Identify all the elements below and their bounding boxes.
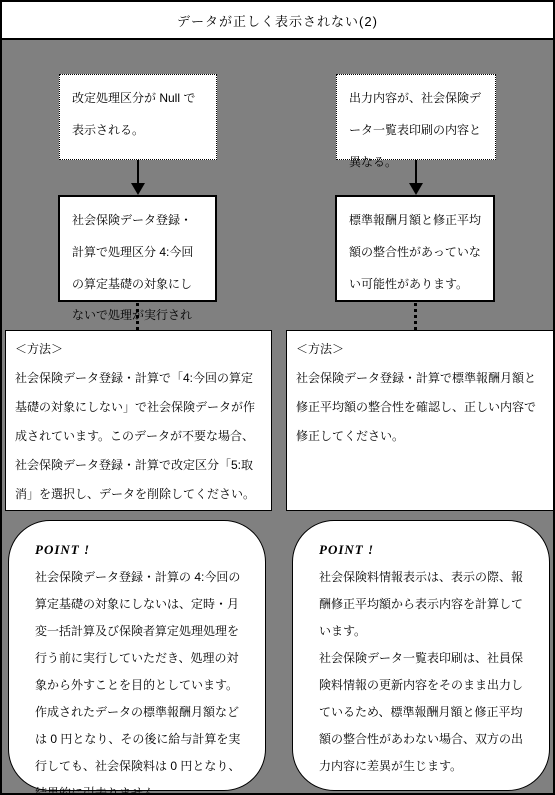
point-body-right: 社会保険料情報表示は、表示の際、報酬修正平均額から表示内容を計算しています。 社… (319, 570, 523, 773)
method-body-right: 社会保険データ登録・計算で標準報酬月額と修正平均額の整合性を確認し、正しい内容で… (296, 371, 536, 443)
point-heading-left: POINT ! (35, 535, 249, 564)
point-box-left: POINT ! 社会保険データ登録・計算の 4:今回の算定基礎の対象にしないは、… (8, 520, 266, 791)
arrow-down-icon (131, 183, 145, 195)
method-box-right: ＜方法＞ 社会保険データ登録・計算で標準報酬月額と修正平均額の整合性を確認し、正… (286, 330, 554, 511)
dotted-connector-icon (136, 303, 139, 330)
method-heading-left: ＜方法＞ (15, 335, 263, 364)
cause-box-right: 標準報酬月額と修正平均額の整合性があっていない可能性があります。 (335, 195, 495, 302)
method-body-left: 社会保険データ登録・計算で「4:今回の算定基礎の対象にしない」で社会保険データが… (15, 371, 255, 501)
method-box-left: ＜方法＞ 社会保険データ登録・計算で「4:今回の算定基礎の対象にしない」で社会保… (5, 330, 272, 511)
point-body-left: 社会保険データ登録・計算の 4:今回の算定基礎の対象にしないは、定時・月変一括計… (35, 570, 240, 795)
symptom-text-left: 改定処理区分が Null で表示される。 (72, 91, 195, 137)
dotted-connector-icon (414, 303, 417, 330)
page-title: データが正しく表示されない(2) (2, 2, 553, 40)
symptom-box-right: 出力内容が、社会保険データ一覧表印刷の内容と異なる。 (336, 74, 496, 160)
arrow-down-icon (137, 160, 139, 184)
point-box-right: POINT ! 社会保険料情報表示は、表示の際、報酬修正平均額から表示内容を計算… (292, 520, 550, 791)
symptom-text-right: 出力内容が、社会保険データ一覧表印刷の内容と異なる。 (349, 91, 481, 169)
point-heading-right: POINT ! (319, 535, 533, 564)
method-heading-right: ＜方法＞ (296, 335, 545, 364)
manual-flowchart-page: データが正しく表示されない(2) 改定処理区分が Null で表示される。 社会… (0, 0, 555, 795)
symptom-box-left: 改定処理区分が Null で表示される。 (59, 74, 217, 160)
cause-box-left: 社会保険データ登録・計算で処理区分 4:今回の算定基礎の対象にしないで処理が実行… (58, 195, 217, 302)
cause-text-right: 標準報酬月額と修正平均額の整合性があっていない可能性があります。 (349, 213, 481, 291)
arrow-down-icon (409, 183, 423, 195)
arrow-down-icon (415, 160, 417, 184)
